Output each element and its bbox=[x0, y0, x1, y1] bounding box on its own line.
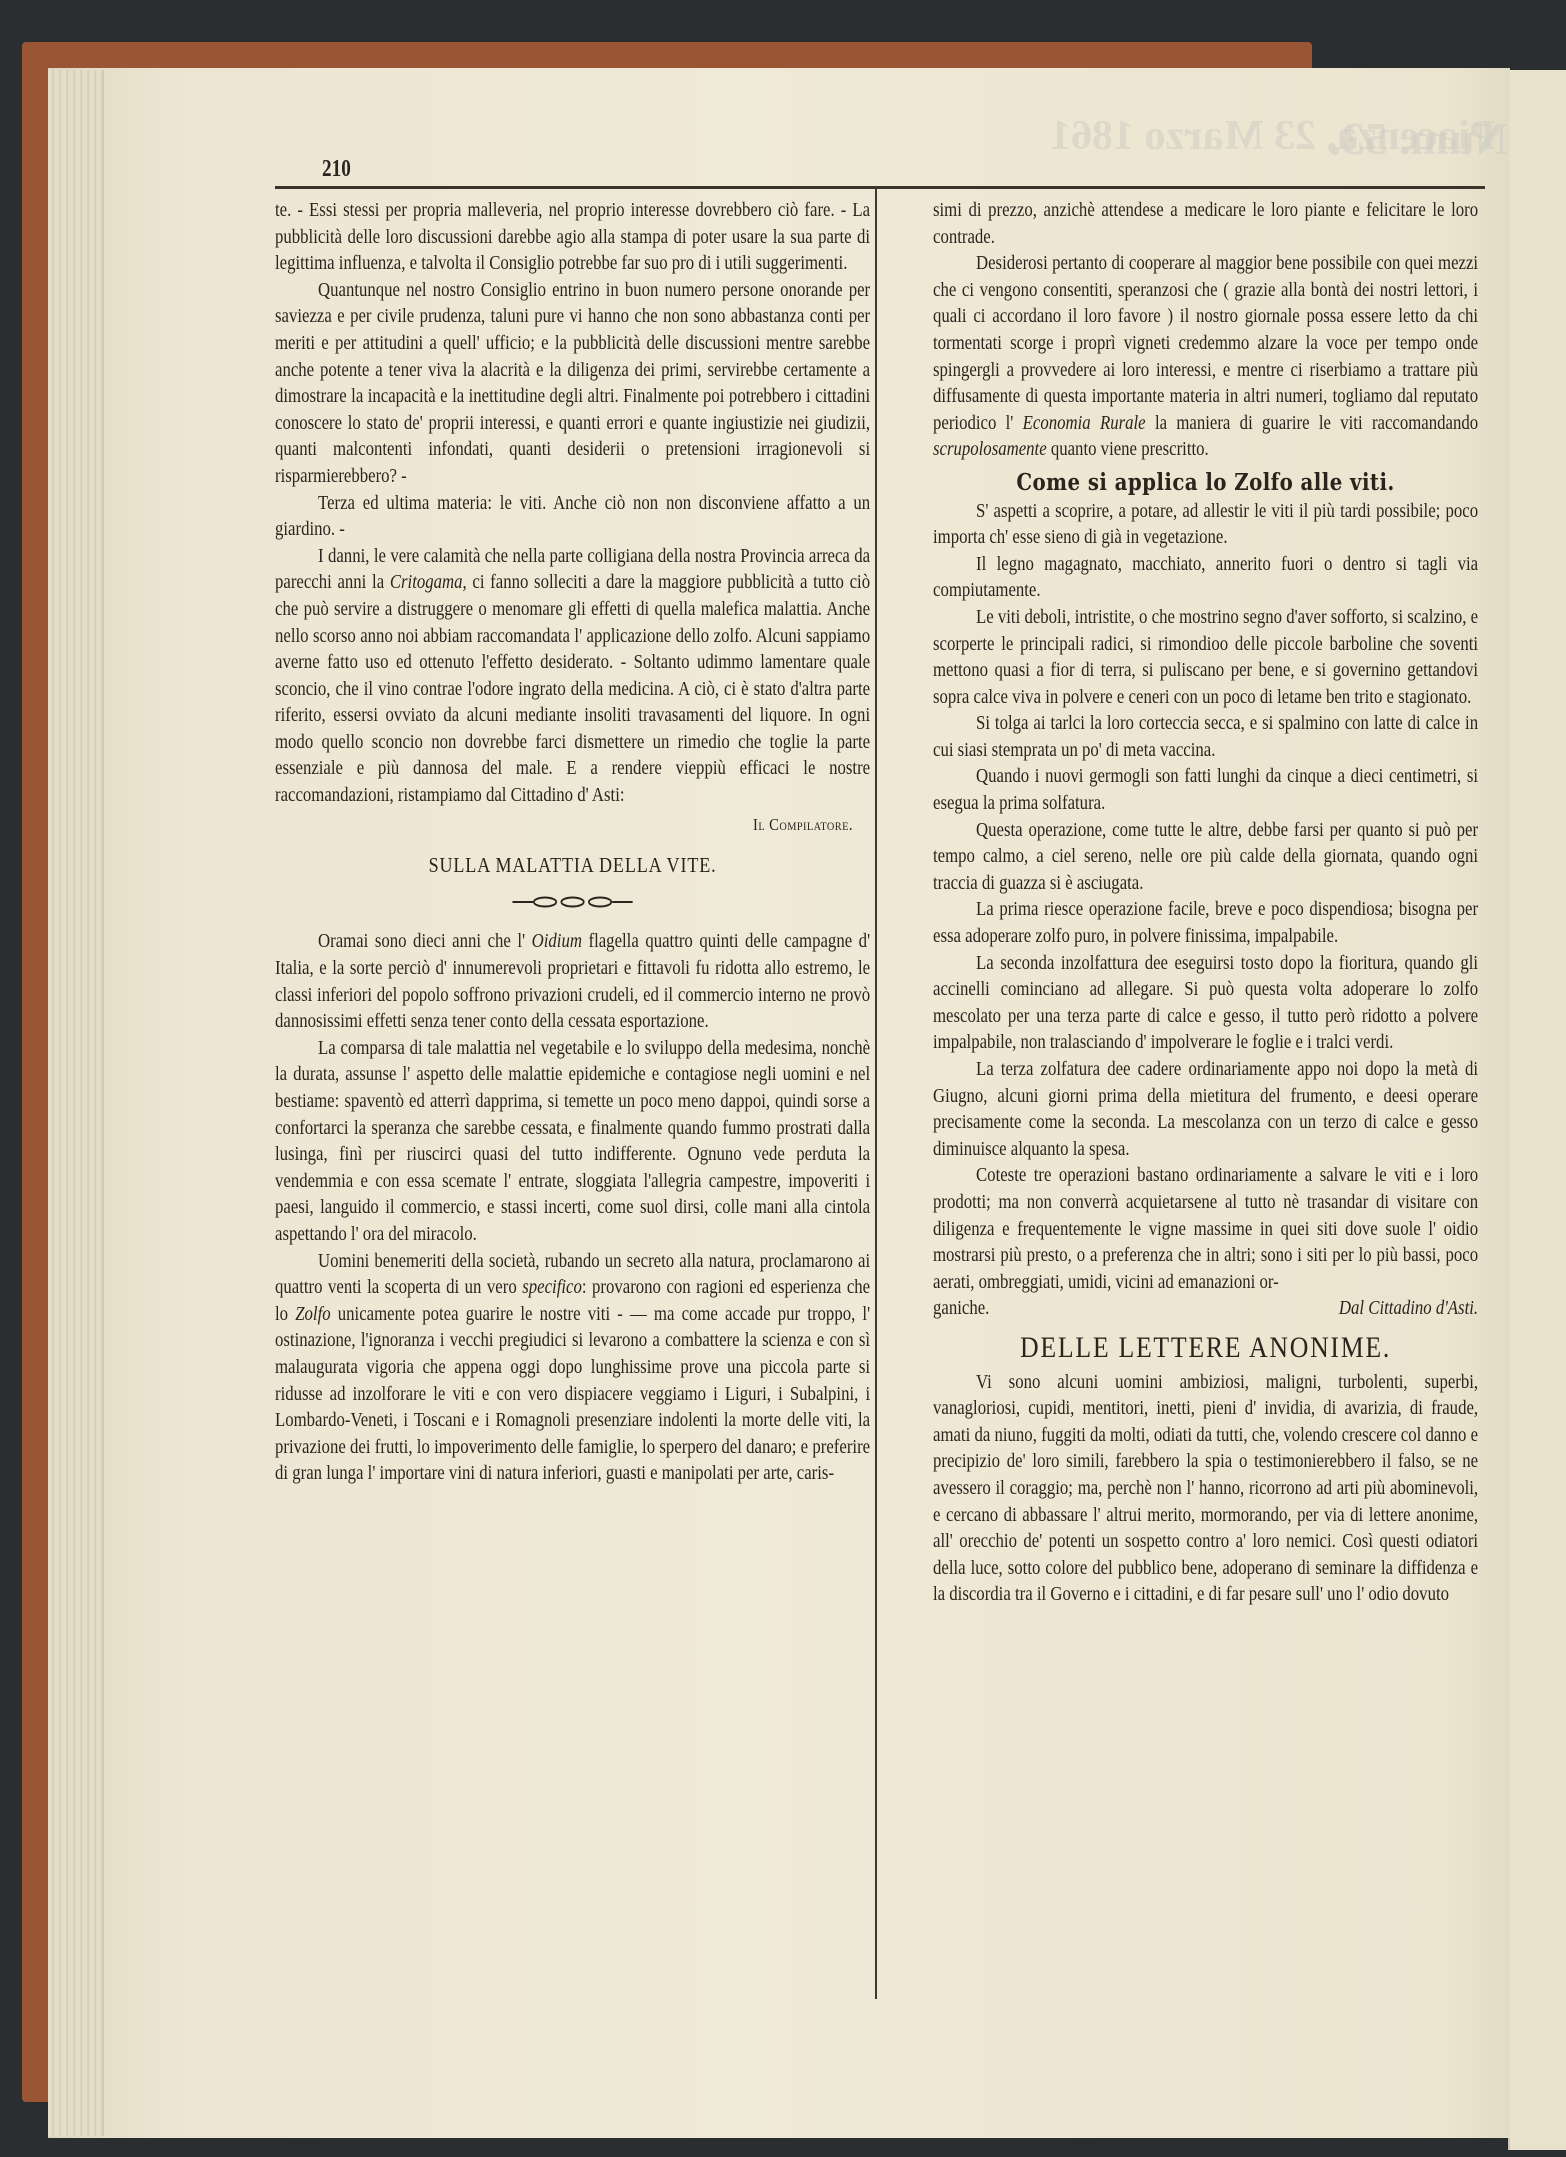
page-number: 210 bbox=[322, 156, 351, 183]
paragraph: Oramai sono dieci anni che l' Oidium fla… bbox=[275, 929, 870, 1035]
italic-term: Economia Rurale bbox=[1023, 413, 1146, 434]
paragraph: simi di prezzo, anzichè attendese a medi… bbox=[933, 198, 1478, 251]
next-page-edge bbox=[1508, 70, 1566, 2150]
paragraph: Desiderosi pertanto di cooperare al magg… bbox=[933, 251, 1478, 464]
page-stack-edges bbox=[48, 70, 104, 2136]
article-subheading: Come si applica lo Zolfo alle viti. bbox=[933, 470, 1478, 497]
paragraph: La terza zolfatura dee cadere ordinariam… bbox=[933, 1057, 1478, 1163]
header-rule bbox=[275, 186, 1485, 189]
article-title: DELLE LETTERE ANONIME. bbox=[933, 1335, 1478, 1362]
page-header: 210 bbox=[270, 148, 1485, 188]
right-column: simi di prezzo, anzichè attendese a medi… bbox=[933, 198, 1478, 1609]
paragraph: Terza ed ultima materia: le viti. Anche … bbox=[275, 491, 870, 544]
paragraph: Vi sono alcuni uomini ambiziosi, maligni… bbox=[933, 1370, 1478, 1609]
source-attribution: Dal Cittadino d'Asti. bbox=[1339, 1296, 1478, 1323]
left-column: te. - Essi stessi per propria malleveria… bbox=[275, 198, 870, 1488]
paragraph: La comparsa di tale malattia nel vegetab… bbox=[275, 1036, 870, 1249]
paragraph: Quantunque nel nostro Consiglio entrino … bbox=[275, 278, 870, 491]
paragraph: Coteste tre operazioni bastano ordinaria… bbox=[933, 1163, 1478, 1296]
paragraph: te. - Essi stessi per propria malleveria… bbox=[275, 198, 870, 278]
author-signature: Il Compilatore. bbox=[275, 812, 870, 839]
italic-term: Oidium bbox=[532, 931, 582, 952]
paragraph: La seconda inzolfattura dee eseguirsi to… bbox=[933, 951, 1478, 1057]
paragraph: S' aspetti a scoprire, a potare, ad alle… bbox=[933, 499, 1478, 552]
ornament-divider-icon bbox=[275, 891, 870, 918]
article-title: SULLA MALATTIA DELLA VITE. bbox=[275, 852, 870, 879]
paragraph: Questa operazione, come tutte le altre, … bbox=[933, 818, 1478, 898]
paragraph: Quando i nuovi germogli son fatti lunghi… bbox=[933, 764, 1478, 817]
paragraph: Le viti deboli, intristite, o che mostri… bbox=[933, 605, 1478, 711]
paragraph: La prima riesce operazione facile, breve… bbox=[933, 897, 1478, 950]
paragraph: Si tolga ai tarlci la loro corteccia sec… bbox=[933, 711, 1478, 764]
italic-term: Zolfo bbox=[295, 1304, 330, 1325]
paragraph-end: ganiche. bbox=[933, 1296, 989, 1323]
source-line: ganiche. Dal Cittadino d'Asti. bbox=[933, 1296, 1478, 1323]
italic-term: specifico bbox=[522, 1277, 582, 1298]
italic-term: scrupolosamente bbox=[933, 439, 1047, 460]
paragraph: Uomini benemeriti della società, rubando… bbox=[275, 1249, 870, 1488]
paragraph: Il legno magagnato, macchiato, annerito … bbox=[933, 552, 1478, 605]
italic-term: Critogama bbox=[390, 572, 463, 593]
column-divider bbox=[875, 189, 877, 1999]
paragraph: I danni, le vere calamità che nella part… bbox=[275, 544, 870, 810]
